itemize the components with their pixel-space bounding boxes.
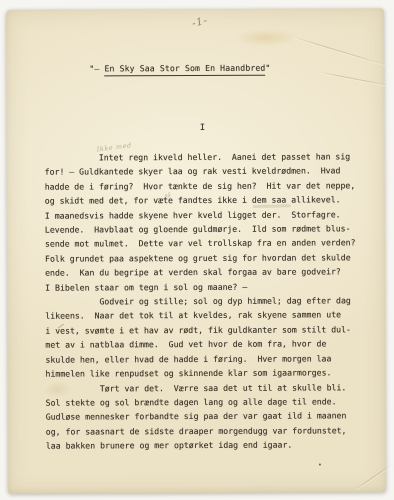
stain (234, 29, 298, 47)
fold-crease (291, 36, 387, 66)
page-number: -1- (191, 15, 209, 30)
chapter-numeral: I (51, 122, 353, 133)
manuscript-page: -1- "— En Sky Saa Stor Som En Haandbred"… (6, 8, 386, 494)
title-close-quote: " (265, 63, 270, 73)
title-open-quote: "— (89, 63, 104, 73)
title-underlined-text: En Sky Saa Stor Som En Haandbred (104, 63, 265, 76)
fold-crease (319, 72, 390, 86)
fold-crease (356, 464, 393, 490)
document-title: "— En Sky Saa Stor Som En Haandbred" (59, 53, 270, 84)
body-text: Intet regn ikveld heller. Aanei det pass… (45, 149, 357, 453)
manuscript-scan: -1- "— En Sky Saa Stor Som En Haandbred"… (0, 0, 394, 500)
ink-speck (319, 463, 321, 465)
